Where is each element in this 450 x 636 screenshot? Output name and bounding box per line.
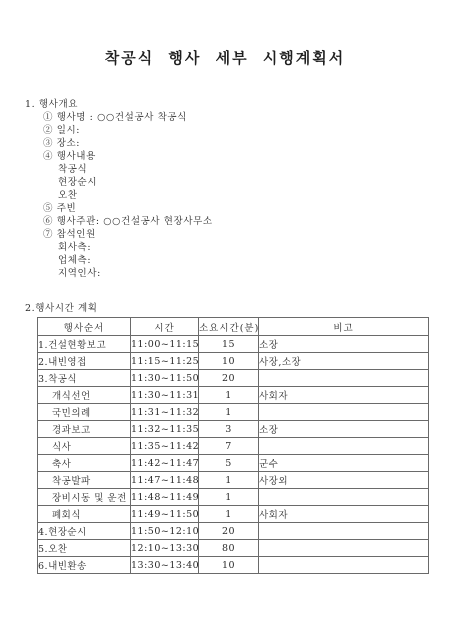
column-header: 시간 (131, 318, 199, 336)
cell-time: 11:32~11:35 (131, 421, 199, 438)
cell-time: 13:30~13:40 (131, 557, 199, 574)
overview-item: 착공식 (0, 163, 450, 176)
circled-number-marker: ① (43, 112, 53, 123)
overview-item-text: 회사측: (58, 242, 91, 253)
cell-duration-minutes: 10 (199, 557, 259, 574)
cell-duration-minutes: 20 (199, 523, 259, 540)
schedule-table: 행사순서시간소요시간(분)비고 1.건설현황보고11:00~11:1515소장2… (37, 317, 429, 574)
overview-item: 오찬 (0, 189, 450, 202)
overview-item-text: 장소: (57, 138, 80, 149)
cell-remark (259, 404, 429, 421)
cell-event-order: 1.건설현황보고 (38, 336, 131, 353)
circled-number-marker: ⑦ (43, 229, 53, 240)
cell-event-order: 폐회식 (38, 506, 131, 523)
cell-remark: 사회자 (259, 506, 429, 523)
circled-number-marker: ④ (43, 151, 53, 162)
cell-duration-minutes: 1 (199, 472, 259, 489)
table-row: 국민의례11:31~11:321 (38, 404, 429, 421)
cell-event-order: 국민의례 (38, 404, 131, 421)
cell-time: 11:15~11:25 (131, 353, 199, 370)
cell-remark: 사장외 (259, 472, 429, 489)
overview-item: 회사측: (0, 241, 450, 254)
overview-item: ③ 장소: (0, 137, 450, 150)
table-row: 경과보고11:32~11:353소장 (38, 421, 429, 438)
table-row: 장비시동 및 운전11:48~11:491 (38, 489, 429, 506)
overview-item: ② 일시: (0, 124, 450, 137)
overview-item: ① 행사명 : ○○건설공사 착공식 (0, 111, 450, 124)
overview-item-text: 오찬 (58, 190, 78, 201)
cell-duration-minutes: 10 (199, 353, 259, 370)
overview-item: 현장순시 (0, 176, 450, 189)
cell-duration-minutes: 7 (199, 438, 259, 455)
cell-event-order: 4.현장순시 (38, 523, 131, 540)
overview-item: ⑥ 행사주관: ○○건설공사 현장사무소 (0, 215, 450, 228)
overview-item-text: 행사주관: ○○건설공사 현장사무소 (57, 216, 213, 227)
overview-item-text: 주빈 (57, 203, 77, 214)
document-page: 착공식 행사 세부 시행계획서 1. 행사개요 ① 행사명 : ○○건설공사 착… (0, 0, 450, 636)
cell-duration-minutes: 1 (199, 404, 259, 421)
table-row: 착공발파11:47~11:481사장외 (38, 472, 429, 489)
overview-item-text: 일시: (57, 125, 80, 136)
cell-time: 11:50~12:10 (131, 523, 199, 540)
table-row: 개식선언11:30~11:311사회자 (38, 387, 429, 404)
cell-event-order: 2.내빈영접 (38, 353, 131, 370)
overview-item-text: 현장순시 (58, 177, 97, 188)
column-header: 소요시간(분) (199, 318, 259, 336)
column-header: 행사순서 (38, 318, 131, 336)
table-row: 4.현장순시11:50~12:1020 (38, 523, 429, 540)
table-row: 6.내빈환송13:30~13:4010 (38, 557, 429, 574)
circled-number-marker: ③ (43, 138, 53, 149)
column-header: 비고 (259, 318, 429, 336)
circled-number-marker: ⑤ (43, 203, 53, 214)
cell-event-order: 착공발파 (38, 472, 131, 489)
cell-remark (259, 523, 429, 540)
overview-item-text: 참석인원 (57, 229, 96, 240)
cell-time: 11:31~11:32 (131, 404, 199, 421)
cell-remark (259, 540, 429, 557)
circled-number-marker: ⑥ (43, 216, 53, 227)
cell-event-order: 장비시동 및 운전 (38, 489, 131, 506)
cell-event-order: 경과보고 (38, 421, 131, 438)
cell-time: 11:48~11:49 (131, 489, 199, 506)
cell-time: 11:42~11:47 (131, 455, 199, 472)
cell-duration-minutes: 1 (199, 387, 259, 404)
cell-duration-minutes: 20 (199, 370, 259, 387)
cell-remark: 군수 (259, 455, 429, 472)
cell-time: 11:35~11:42 (131, 438, 199, 455)
overview-item-text: 행사명 : ○○건설공사 착공식 (57, 112, 187, 123)
circled-number-marker: ② (43, 125, 53, 136)
cell-time: 11:30~11:31 (131, 387, 199, 404)
table-row: 식사11:35~11:427 (38, 438, 429, 455)
cell-duration-minutes: 1 (199, 506, 259, 523)
cell-event-order: 식사 (38, 438, 131, 455)
table-row: 축사11:42~11:475군수 (38, 455, 429, 472)
cell-remark: 사회자 (259, 387, 429, 404)
cell-time: 11:47~11:48 (131, 472, 199, 489)
cell-duration-minutes: 80 (199, 540, 259, 557)
cell-remark (259, 489, 429, 506)
document-title: 착공식 행사 세부 시행계획서 (0, 46, 450, 70)
overview-item: 지역인사: (0, 267, 450, 280)
overview-item-text: 지역인사: (58, 268, 101, 279)
section2-heading: 2.행사시간 계획 (25, 302, 450, 315)
overview-item: 업체측: (0, 254, 450, 267)
cell-time: 12:10~13:30 (131, 540, 199, 557)
cell-event-order: 6.내빈환송 (38, 557, 131, 574)
event-overview-list: ① 행사명 : ○○건설공사 착공식② 일시:③ 장소:④ 행사내용착공식현장순… (0, 111, 450, 280)
section1-heading: 1. 행사개요 (25, 98, 450, 111)
overview-item: ⑦ 참석인원 (0, 228, 450, 241)
cell-duration-minutes: 5 (199, 455, 259, 472)
table-row: 5.오찬12:10~13:3080 (38, 540, 429, 557)
cell-duration-minutes: 3 (199, 421, 259, 438)
cell-remark: 사장,소장 (259, 353, 429, 370)
table-row: 1.건설현황보고11:00~11:1515소장 (38, 336, 429, 353)
overview-item-text: 착공식 (58, 164, 87, 175)
cell-remark (259, 557, 429, 574)
cell-duration-minutes: 15 (199, 336, 259, 353)
overview-item: ④ 행사내용 (0, 150, 450, 163)
cell-event-order: 3.착공식 (38, 370, 131, 387)
table-row: 3.착공식11:30~11:5020 (38, 370, 429, 387)
cell-time: 11:00~11:15 (131, 336, 199, 353)
cell-remark (259, 370, 429, 387)
cell-event-order: 5.오찬 (38, 540, 131, 557)
overview-item-text: 업체측: (58, 255, 91, 266)
cell-remark: 소장 (259, 336, 429, 353)
overview-item: ⑤ 주빈 (0, 202, 450, 215)
cell-time: 11:49~11:50 (131, 506, 199, 523)
overview-item-text: 행사내용 (57, 151, 96, 162)
cell-time: 11:30~11:50 (131, 370, 199, 387)
cell-remark (259, 438, 429, 455)
cell-duration-minutes: 1 (199, 489, 259, 506)
cell-event-order: 축사 (38, 455, 131, 472)
table-header-row: 행사순서시간소요시간(분)비고 (38, 318, 429, 336)
table-row: 2.내빈영접11:15~11:2510사장,소장 (38, 353, 429, 370)
cell-event-order: 개식선언 (38, 387, 131, 404)
cell-remark: 소장 (259, 421, 429, 438)
table-row: 폐회식11:49~11:501사회자 (38, 506, 429, 523)
